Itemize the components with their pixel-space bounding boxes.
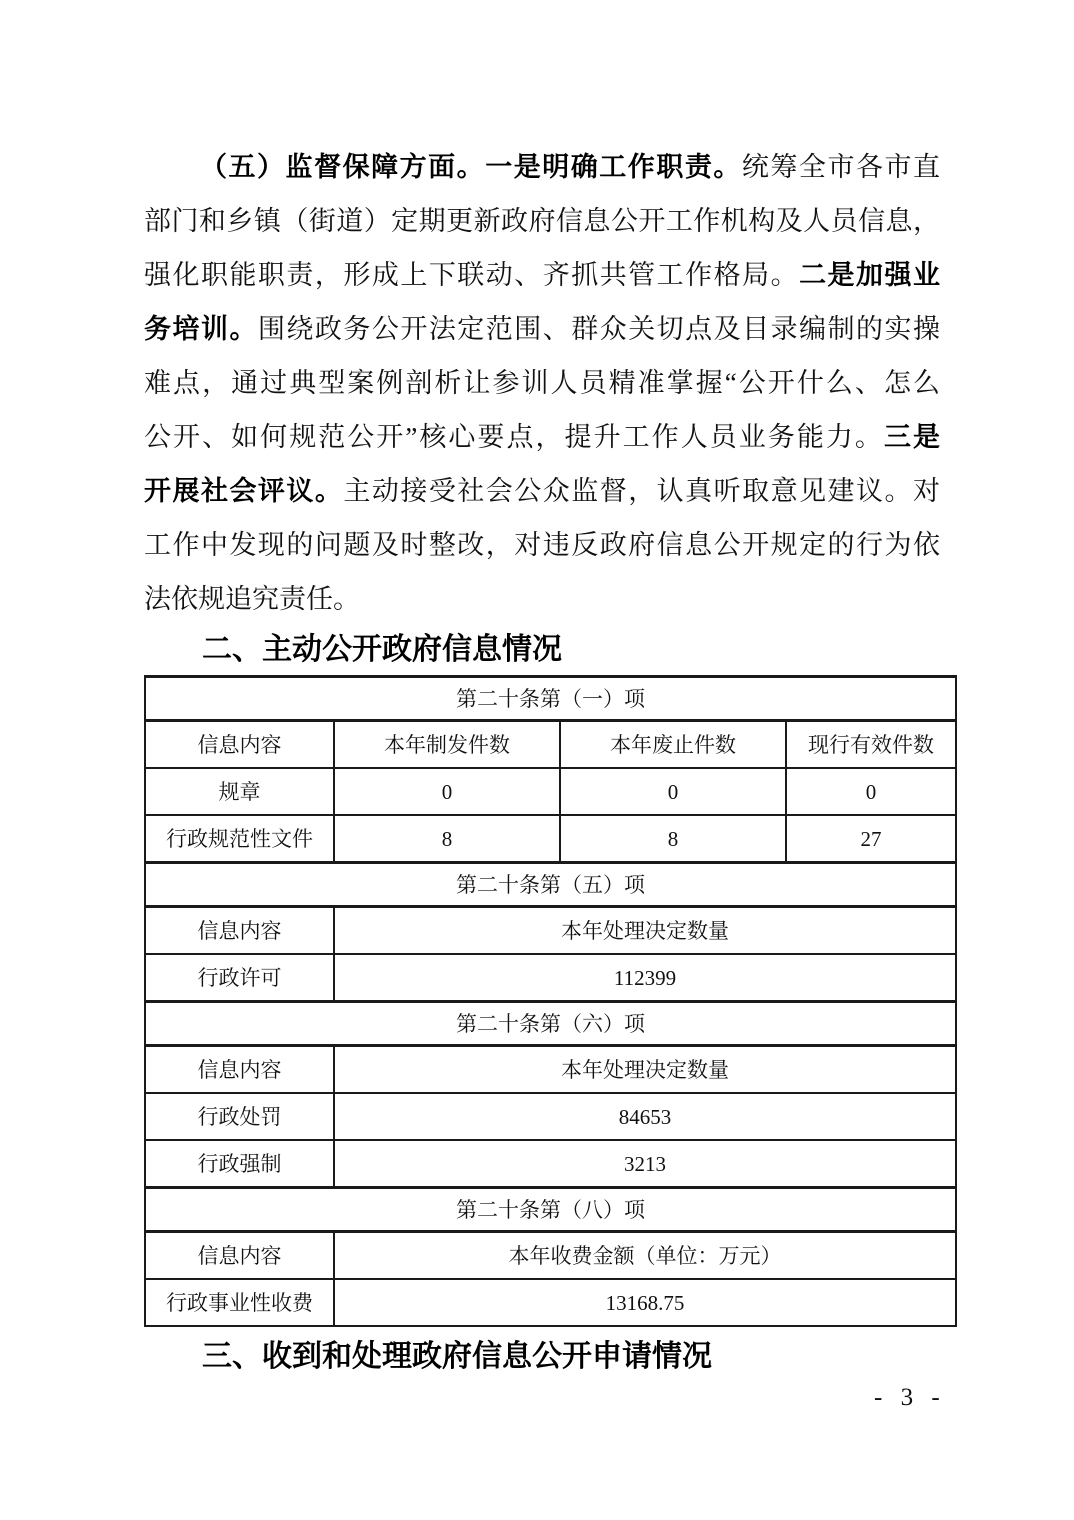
bold-text-segment: 开展社会评议。 bbox=[144, 476, 343, 506]
table-row: 规章000 bbox=[145, 768, 956, 815]
text-segment: 部门和乡镇（街道）定期更新政府信息公开工作机构及人员信息， bbox=[144, 206, 940, 236]
table-row: 行政许可112399 bbox=[145, 954, 956, 1002]
table-cell: 112399 bbox=[334, 954, 956, 1002]
paragraph-line: 部门和乡镇（街道）定期更新政府信息公开工作机构及人员信息， bbox=[144, 194, 940, 248]
table-cell: 信息内容 bbox=[145, 1046, 334, 1094]
table-row: 行政处罚84653 bbox=[145, 1093, 956, 1140]
disclosure-table-body: 第二十条第（一）项信息内容本年制发件数本年废止件数现行有效件数规章000行政规范… bbox=[145, 677, 956, 1327]
table-cell: 本年收费金额（单位：万元） bbox=[334, 1232, 956, 1280]
table-cell: 行政强制 bbox=[145, 1140, 334, 1188]
paragraph-line: 公开、如何规范公开”核心要点，提升工作人员业务能力。三是 bbox=[144, 410, 940, 464]
paragraph-line: 工作中发现的问题及时整改，对违反政府信息公开规定的行为依 bbox=[144, 518, 940, 572]
text-segment: 主动接受社会公众监督，认真听取意见建议。对 bbox=[343, 476, 940, 506]
document-content: （五）监督保障方面。一是明确工作职责。统筹全市各市直部门和乡镇（街道）定期更新政… bbox=[144, 140, 955, 1377]
bold-text-segment: 二是加强业 bbox=[799, 260, 940, 290]
table-row: 行政强制3213 bbox=[145, 1140, 956, 1188]
text-segment: 强化职能职责，形成上下联动、齐抓共管工作格局。 bbox=[144, 260, 799, 290]
table-cell: 本年处理决定数量 bbox=[334, 907, 956, 955]
table-row: 信息内容本年处理决定数量 bbox=[145, 1046, 956, 1094]
table-cell: 行政事业性收费 bbox=[145, 1279, 334, 1326]
table-cell: 8 bbox=[334, 815, 560, 863]
table-cell: 本年处理决定数量 bbox=[334, 1046, 956, 1094]
bold-text-segment: 务培训。 bbox=[144, 314, 258, 344]
table-section-header: 第二十条第（八）项 bbox=[145, 1188, 956, 1232]
text-segment: 统筹全市各市直 bbox=[742, 152, 940, 182]
table-cell: 本年制发件数 bbox=[334, 721, 560, 769]
bold-text-segment: 三是 bbox=[884, 422, 940, 452]
paragraph-line: 强化职能职责，形成上下联动、齐抓共管工作格局。二是加强业 bbox=[144, 248, 940, 302]
paragraph-line: 法依规追究责任。 bbox=[144, 572, 940, 626]
table-section-header: 第二十条第（六）项 bbox=[145, 1002, 956, 1046]
table-row: 信息内容本年制发件数本年废止件数现行有效件数 bbox=[145, 721, 956, 769]
table-cell: 3213 bbox=[334, 1140, 956, 1188]
page-number: - 3 - bbox=[874, 1384, 946, 1412]
table-cell: 信息内容 bbox=[145, 907, 334, 955]
table-row: 行政规范性文件8827 bbox=[145, 815, 956, 863]
paragraph-line: （五）监督保障方面。一是明确工作职责。统筹全市各市直 bbox=[144, 140, 940, 194]
table-cell: 0 bbox=[334, 768, 560, 815]
table-cell: 84653 bbox=[334, 1093, 956, 1140]
table-section-header: 第二十条第（五）项 bbox=[145, 863, 956, 907]
text-segment: 围绕政务公开法定范围、群众关切点及目录编制的实操 bbox=[258, 314, 940, 344]
table-section-header: 第二十条第（一）项 bbox=[145, 677, 956, 721]
table-section-row: 第二十条第（五）项 bbox=[145, 863, 956, 907]
table-cell: 本年废止件数 bbox=[560, 721, 786, 769]
paragraph-line: 务培训。围绕政务公开法定范围、群众关切点及目录编制的实操 bbox=[144, 302, 940, 356]
body-paragraph: （五）监督保障方面。一是明确工作职责。统筹全市各市直部门和乡镇（街道）定期更新政… bbox=[144, 140, 940, 626]
document-page: （五）监督保障方面。一是明确工作职责。统筹全市各市直部门和乡镇（街道）定期更新政… bbox=[0, 0, 1074, 1520]
table-cell: 行政处罚 bbox=[145, 1093, 334, 1140]
table-cell: 0 bbox=[786, 768, 956, 815]
table-cell: 信息内容 bbox=[145, 721, 334, 769]
table-cell: 行政规范性文件 bbox=[145, 815, 334, 863]
table-cell: 规章 bbox=[145, 768, 334, 815]
text-segment: 公开、如何规范公开”核心要点，提升工作人员业务能力。 bbox=[144, 422, 884, 452]
table-cell: 27 bbox=[786, 815, 956, 863]
table-section-row: 第二十条第（一）项 bbox=[145, 677, 956, 721]
table-section-row: 第二十条第（八）项 bbox=[145, 1188, 956, 1232]
table-cell: 行政许可 bbox=[145, 954, 334, 1002]
text-segment: 工作中发现的问题及时整改，对违反政府信息公开规定的行为依 bbox=[144, 530, 940, 560]
table-section-row: 第二十条第（六）项 bbox=[145, 1002, 956, 1046]
bold-text-segment: （五）监督保障方面。一是明确工作职责。 bbox=[200, 152, 742, 182]
table-cell: 信息内容 bbox=[145, 1232, 334, 1280]
table-cell: 13168.75 bbox=[334, 1279, 956, 1326]
text-segment: 难点，通过典型案例剖析让参训人员精准掌握“公开什么、怎么 bbox=[144, 368, 940, 398]
table-row: 信息内容本年收费金额（单位：万元） bbox=[145, 1232, 956, 1280]
section-heading-requests: 三、收到和处理政府信息公开申请情况 bbox=[144, 1337, 955, 1377]
table-cell: 0 bbox=[560, 768, 786, 815]
text-segment: 法依规追究责任。 bbox=[144, 584, 360, 614]
table-row: 行政事业性收费13168.75 bbox=[145, 1279, 956, 1326]
table-cell: 8 bbox=[560, 815, 786, 863]
disclosure-table: 第二十条第（一）项信息内容本年制发件数本年废止件数现行有效件数规章000行政规范… bbox=[144, 675, 957, 1327]
table-row: 信息内容本年处理决定数量 bbox=[145, 907, 956, 955]
section-heading-active-disclosure: 二、主动公开政府信息情况 bbox=[144, 630, 955, 670]
paragraph-line: 难点，通过典型案例剖析让参训人员精准掌握“公开什么、怎么 bbox=[144, 356, 940, 410]
paragraph-line: 开展社会评议。主动接受社会公众监督，认真听取意见建议。对 bbox=[144, 464, 940, 518]
table-cell: 现行有效件数 bbox=[786, 721, 956, 769]
